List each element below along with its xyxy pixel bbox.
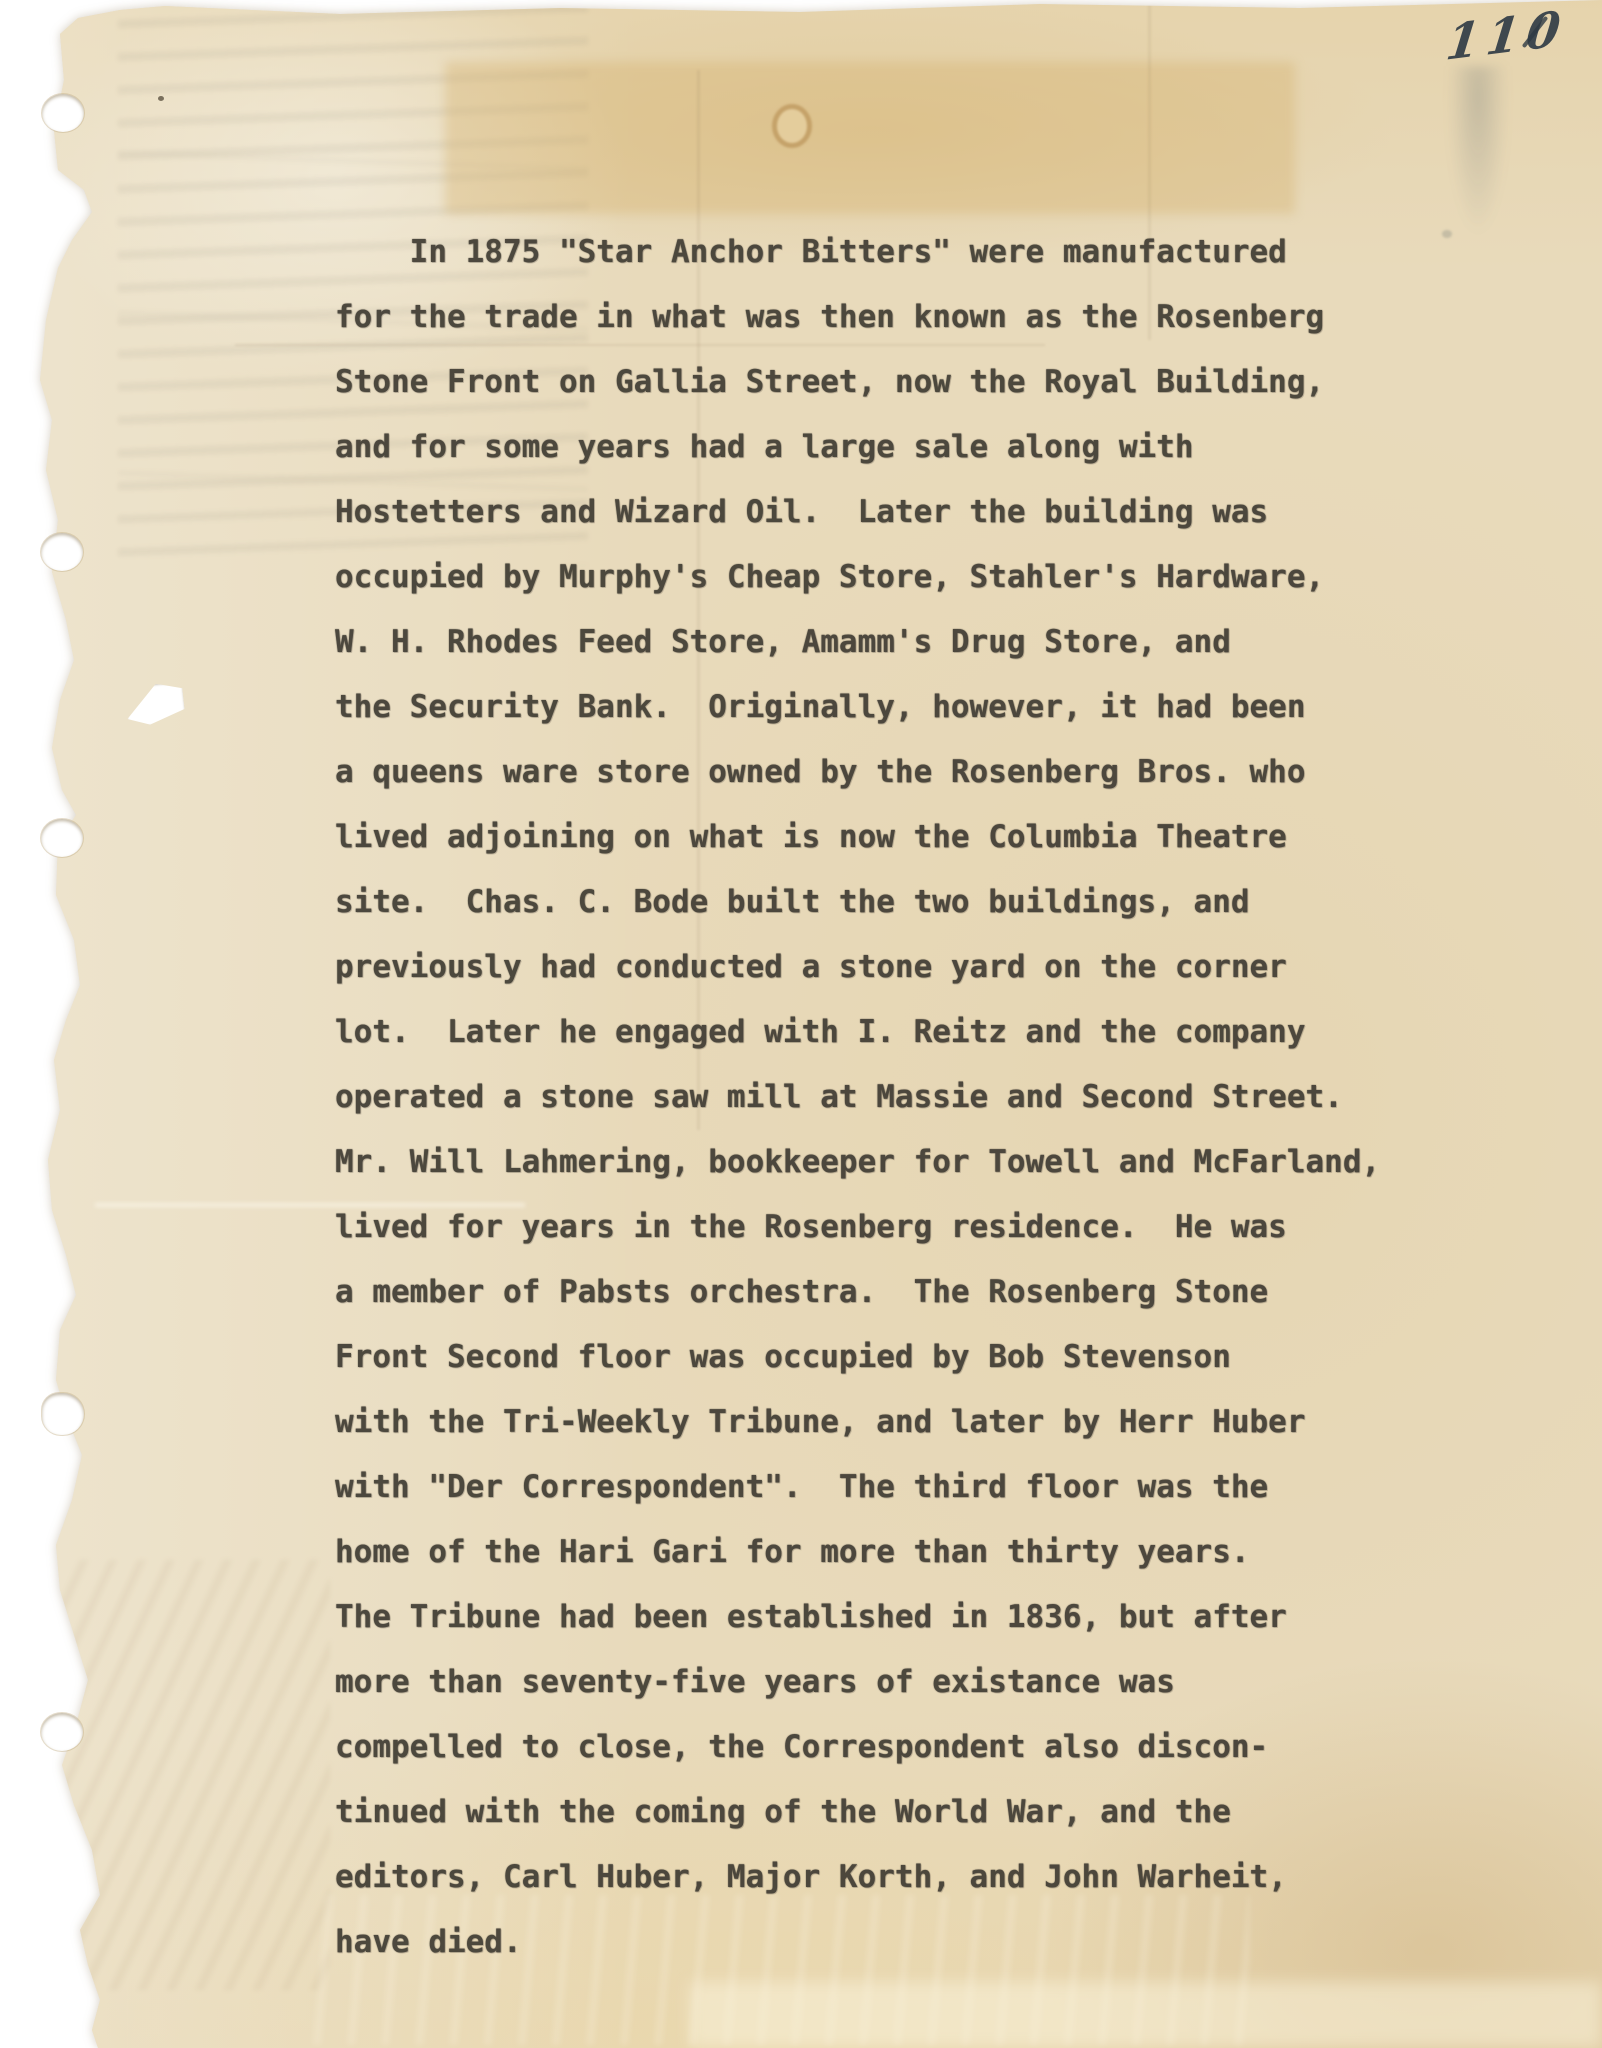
typewritten-line: editors, Carl Huber, Major Korth, and Jo… — [335, 1845, 1380, 1910]
punch-hole — [41, 533, 83, 571]
typewritten-line: site. Chas. C. Bode built the two buildi… — [335, 870, 1380, 935]
typewritten-text: In 1875 "Star Anchor Bitters" were manuf… — [335, 220, 1380, 1975]
typewritten-line: occupied by Murphy's Cheap Store, Stahle… — [335, 545, 1380, 610]
typewritten-line: Stone Front on Gallia Street, now the Ro… — [335, 350, 1380, 415]
typewritten-line: a queens ware store owned by the Rosenbe… — [335, 740, 1380, 805]
typewritten-line: a member of Pabsts orchestra. The Rosenb… — [335, 1260, 1380, 1325]
typewritten-line: lived adjoining on what is now the Colum… — [335, 805, 1380, 870]
typewritten-line: the Security Bank. Originally, however, … — [335, 675, 1380, 740]
typewritten-line: with the Tri-Weekly Tribune, and later b… — [335, 1390, 1380, 1455]
adhesive-stain-band — [445, 62, 1295, 214]
edge-fragment — [8, 634, 20, 652]
typewritten-line: home of the Hari Gari for more than thir… — [335, 1520, 1380, 1585]
typewritten-line: operated a stone saw mill at Massie and … — [335, 1065, 1380, 1130]
typewritten-line: In 1875 "Star Anchor Bitters" were manuf… — [335, 220, 1380, 285]
ink-speck — [158, 96, 164, 101]
ink-smudge — [1448, 66, 1508, 236]
typewritten-line: previously had conducted a stone yard on… — [335, 935, 1380, 1000]
typewritten-line: have died. — [335, 1910, 1380, 1975]
light-patch — [690, 1982, 1602, 2048]
typewritten-line: tinued with the coming of the World War,… — [335, 1780, 1380, 1845]
typewritten-line: more than seventy-five years of existanc… — [335, 1650, 1380, 1715]
punch-hole — [42, 94, 84, 132]
punch-hole — [41, 819, 83, 857]
typewritten-line: The Tribune had been established in 1836… — [335, 1585, 1380, 1650]
typewritten-line: compelled to close, the Correspondent al… — [335, 1715, 1380, 1780]
typewritten-line: Mr. Will Lahmering, bookkeeper for Towel… — [335, 1130, 1380, 1195]
wrinkle-texture — [60, 1560, 330, 1990]
typewritten-line: Hostetters and Wizard Oil. Later the bui… — [335, 480, 1380, 545]
document-scan: 110 In 1875 "Star Anchor Bitters" were m… — [0, 0, 1602, 2048]
typewritten-line: lived for years in the Rosenberg residen… — [335, 1195, 1380, 1260]
punch-hole — [42, 1393, 84, 1435]
edge-fragment — [10, 200, 18, 214]
punch-hole — [41, 1713, 83, 1751]
typewritten-line: Front Second floor was occupied by Bob S… — [335, 1325, 1380, 1390]
ring-stain — [772, 104, 812, 148]
typewritten-line: and for some years had a large sale alon… — [335, 415, 1380, 480]
typewritten-line: for the trade in what was then known as … — [335, 285, 1380, 350]
typewritten-line: with "Der Correspondent". The third floo… — [335, 1455, 1380, 1520]
typewritten-line: W. H. Rhodes Feed Store, Amamm's Drug St… — [335, 610, 1380, 675]
typewritten-line: lot. Later he engaged with I. Reitz and … — [335, 1000, 1380, 1065]
